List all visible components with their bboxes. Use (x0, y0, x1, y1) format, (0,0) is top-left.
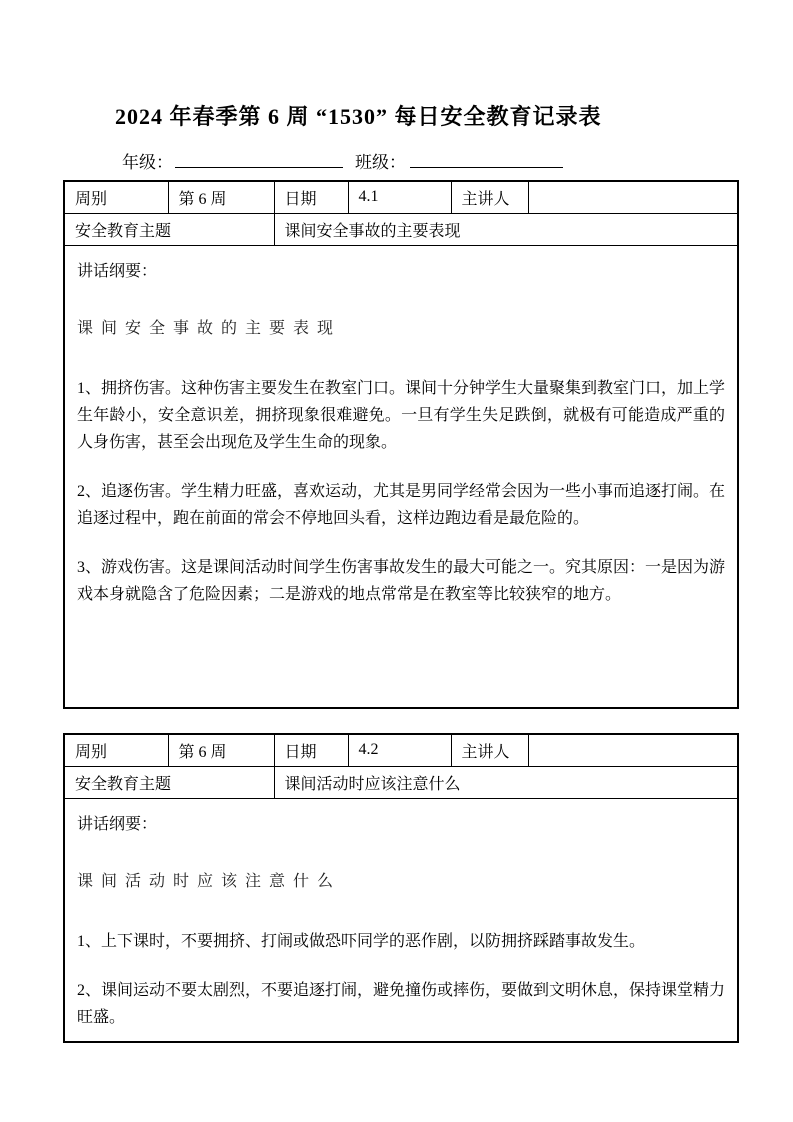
speaker-label-cell: 主讲人 (451, 181, 528, 213)
outline-paragraph: 2、课间运动不要太剧烈，不要追逐打闹，避免撞伤或摔伤，要做到文明休息，保持课堂精… (77, 977, 725, 1031)
date-value-cell: 4.2 (348, 734, 451, 766)
table-row: 讲话纲要： 课间安全事故的主要表现 1、拥挤伤害。这种伤害主要发生在教室门口。课… (64, 245, 738, 708)
grade-label: 年级： (122, 153, 173, 172)
outline-cell: 讲话纲要： 课间安全事故的主要表现 1、拥挤伤害。这种伤害主要发生在教室门口。课… (64, 245, 738, 708)
date-value-cell: 4.1 (348, 181, 451, 213)
date-label-cell: 日期 (274, 734, 348, 766)
week-value-cell: 第 6 周 (168, 734, 274, 766)
record-table-week6-day1: 周别 第 6 周 日期 4.1 主讲人 安全教育主题 课间安全事故的主要表现 讲… (63, 180, 739, 709)
table-row: 讲话纲要： 课间活动时应该注意什么 1、上下课时，不要拥挤、打闹或做恐吓同学的恶… (64, 798, 738, 1042)
class-label: 班级： (355, 153, 406, 172)
outline-subtitle: 课间活动时应该注意什么 (77, 868, 725, 895)
outline-label: 讲话纲要： (77, 258, 725, 285)
outline-paragraph: 1、上下课时，不要拥挤、打闹或做恐吓同学的恶作剧，以防拥挤踩踏事故发生。 (77, 928, 725, 955)
topic-label-cell: 安全教育主题 (64, 213, 274, 245)
table-row: 周别 第 6 周 日期 4.1 主讲人 (64, 181, 738, 213)
week-value-cell: 第 6 周 (168, 181, 274, 213)
table-row: 周别 第 6 周 日期 4.2 主讲人 (64, 734, 738, 766)
week-label-cell: 周别 (64, 734, 168, 766)
record-table-week6-day2: 周别 第 6 周 日期 4.2 主讲人 安全教育主题 课间活动时应该注意什么 讲… (63, 733, 739, 1043)
speaker-value-cell (528, 734, 738, 766)
grade-class-line: 年级：班级： (122, 148, 563, 173)
outline-subtitle: 课间安全事故的主要表现 (77, 315, 725, 342)
topic-value-cell: 课间活动时应该注意什么 (274, 766, 738, 798)
topic-label-cell: 安全教育主题 (64, 766, 274, 798)
table-row: 安全教育主题 课间活动时应该注意什么 (64, 766, 738, 798)
document-page: 2024 年春季第 6 周 “1530” 每日安全教育记录表 年级：班级： 周别… (0, 0, 793, 1122)
outline-label: 讲话纲要： (77, 811, 725, 838)
class-blank-underline (410, 152, 563, 168)
topic-value-cell: 课间安全事故的主要表现 (274, 213, 738, 245)
grade-blank-underline (175, 152, 343, 168)
week-label-cell: 周别 (64, 181, 168, 213)
table-row: 安全教育主题 课间安全事故的主要表现 (64, 213, 738, 245)
outline-paragraph: 2、追逐伤害。学生精力旺盛，喜欢运动，尤其是男同学经常会因为一些小事而追逐打闹。… (77, 478, 725, 532)
date-label-cell: 日期 (274, 181, 348, 213)
speaker-value-cell (528, 181, 738, 213)
page-title: 2024 年春季第 6 周 “1530” 每日安全教育记录表 (115, 100, 602, 131)
outline-paragraph: 1、拥挤伤害。这种伤害主要发生在教室门口。课间十分钟学生大量聚集到教室门口，加上… (77, 375, 725, 456)
outline-paragraph: 3、游戏伤害。这是课间活动时间学生伤害事故发生的最大可能之一。究其原因：一是因为… (77, 554, 725, 608)
outline-cell: 讲话纲要： 课间活动时应该注意什么 1、上下课时，不要拥挤、打闹或做恐吓同学的恶… (64, 798, 738, 1042)
speaker-label-cell: 主讲人 (451, 734, 528, 766)
